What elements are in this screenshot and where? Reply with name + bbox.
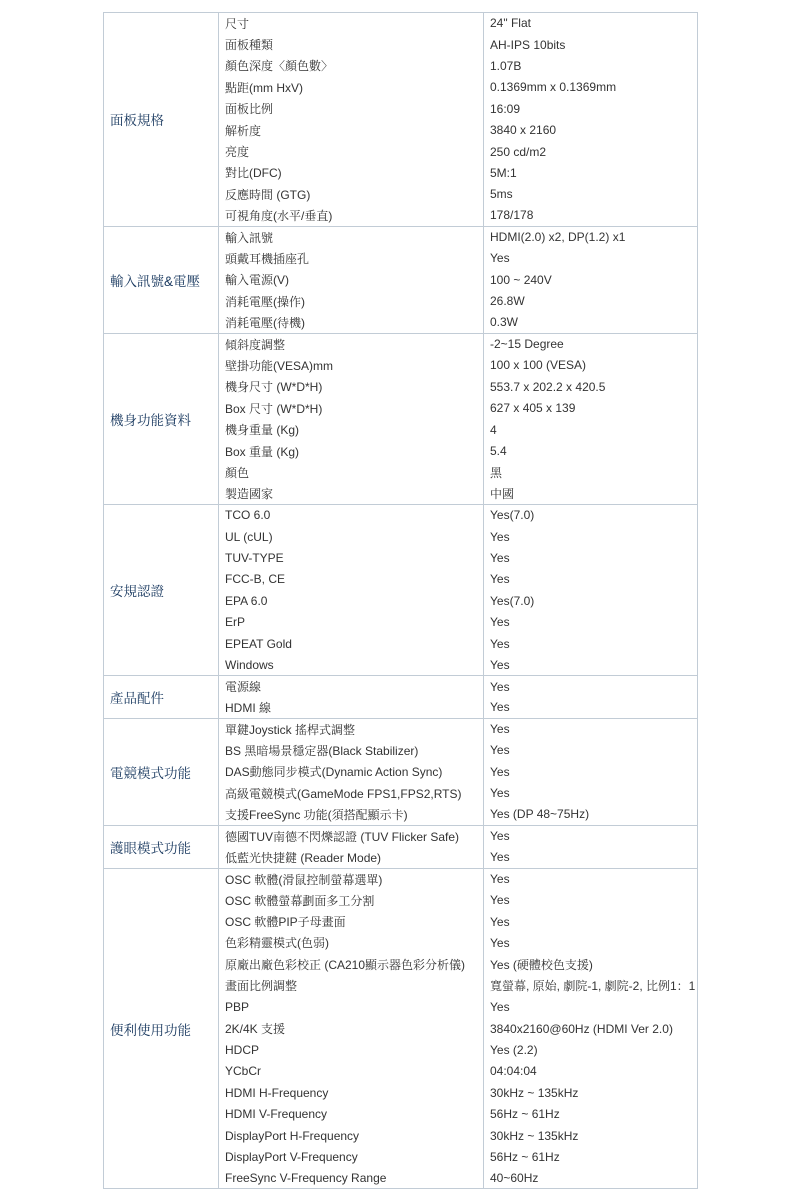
spec-value-cell: 0.1369mm x 0.1369mm (484, 77, 698, 98)
spec-label-cell: 德國TUV南德不閃爍認證 (TUV Flicker Safe) (219, 825, 484, 846)
spec-value-cell: Yes(7.0) (484, 504, 698, 525)
spec-value-cell: Yes (484, 611, 698, 632)
spec-label-cell: 電源線 (219, 676, 484, 697)
spec-label-cell: 輸入電源(V) (219, 269, 484, 290)
spec-value-cell: 100 ~ 240V (484, 269, 698, 290)
spec-label-cell: OSC 軟體螢幕劃面多工分割 (219, 890, 484, 911)
spec-value-cell: 553.7 x 202.2 x 420.5 (484, 376, 698, 397)
spec-label-cell: 對比(DFC) (219, 162, 484, 183)
spec-section: 機身功能資料傾斜度調整-2~15 Degree壁掛功能(VESA)mm100 x… (104, 333, 698, 504)
spec-label-cell: ErP (219, 611, 484, 632)
spec-value-cell: Yes (484, 996, 698, 1017)
spec-value-cell: Yes (484, 825, 698, 846)
spec-label-cell: TCO 6.0 (219, 504, 484, 525)
spec-section: 安規認證TCO 6.0Yes(7.0)UL (cUL)YesTUV-TYPEYe… (104, 504, 698, 675)
spec-label-cell: UL (cUL) (219, 526, 484, 547)
spec-value-cell: Yes (DP 48~75Hz) (484, 804, 698, 825)
spec-value-cell: 30kHz ~ 135kHz (484, 1082, 698, 1103)
spec-category-cell: 便利使用功能 (104, 868, 219, 1189)
spec-label-cell: 顏色深度〈顏色數〉 (219, 55, 484, 76)
spec-label-cell: Box 尺寸 (W*D*H) (219, 398, 484, 419)
spec-value-cell: Yes (484, 847, 698, 868)
spec-value-cell: 250 cd/m2 (484, 141, 698, 162)
spec-label-cell: 機身重量 (Kg) (219, 419, 484, 440)
spec-value-cell: Yes (484, 569, 698, 590)
spec-value-cell: 5ms (484, 184, 698, 205)
spec-label-cell: 色彩精靈模式(色弱) (219, 932, 484, 953)
spec-value-cell: HDMI(2.0) x2, DP(1.2) x1 (484, 226, 698, 247)
spec-value-cell: 24" Flat (484, 13, 698, 34)
spec-label-cell: 消耗電壓(操作) (219, 291, 484, 312)
spec-value-cell: 黑 (484, 462, 698, 483)
table-row: 面板規格尺寸24" Flat (104, 13, 698, 34)
spec-label-cell: EPEAT Gold (219, 633, 484, 654)
spec-label-cell: 製造國家 (219, 483, 484, 504)
spec-label-cell: 高級電競模式(GameMode FPS1,FPS2,RTS) (219, 783, 484, 804)
spec-section: 輸入訊號&電壓輸入訊號HDMI(2.0) x2, DP(1.2) x1頭戴耳機插… (104, 226, 698, 333)
spec-value-cell: Yes (484, 740, 698, 761)
spec-label-cell: 尺寸 (219, 13, 484, 34)
spec-value-cell: Yes (484, 761, 698, 782)
spec-category-cell: 輸入訊號&電壓 (104, 226, 219, 333)
spec-value-cell: Yes(7.0) (484, 590, 698, 611)
spec-label-cell: 低藍光快捷鍵 (Reader Mode) (219, 847, 484, 868)
spec-label-cell: 傾斜度調整 (219, 333, 484, 354)
spec-value-cell: 3840 x 2160 (484, 119, 698, 140)
spec-value-cell: Yes (484, 783, 698, 804)
spec-label-cell: 壁掛功能(VESA)mm (219, 355, 484, 376)
spec-label-cell: 機身尺寸 (W*D*H) (219, 376, 484, 397)
spec-value-cell: 4 (484, 419, 698, 440)
table-row: 安規認證TCO 6.0Yes(7.0) (104, 504, 698, 525)
spec-value-cell: Yes (484, 718, 698, 739)
table-row: 機身功能資料傾斜度調整-2~15 Degree (104, 333, 698, 354)
spec-section: 便利使用功能OSC 軟體(滑鼠控制螢幕選單)YesOSC 軟體螢幕劃面多工分割Y… (104, 868, 698, 1189)
spec-value-cell: Yes (484, 248, 698, 269)
spec-label-cell: 原廠出廠色彩校正 (CA210顯示器色彩分析儀) (219, 954, 484, 975)
spec-value-cell: Yes (484, 654, 698, 675)
spec-value-cell: Yes (484, 890, 698, 911)
spec-label-cell: 解析度 (219, 119, 484, 140)
spec-value-cell: Yes (484, 868, 698, 889)
spec-label-cell: OSC 軟體(滑鼠控制螢幕選單) (219, 868, 484, 889)
spec-value-cell: 178/178 (484, 205, 698, 226)
spec-label-cell: Windows (219, 654, 484, 675)
spec-section: 電競模式功能單鍵Joystick 搖桿式調整YesBS 黑暗場景穩定器(Blac… (104, 718, 698, 825)
spec-label-cell: 單鍵Joystick 搖桿式調整 (219, 718, 484, 739)
spec-category-cell: 產品配件 (104, 676, 219, 719)
spec-value-cell: Yes (硬體校色支援) (484, 954, 698, 975)
spec-value-cell: Yes (484, 526, 698, 547)
spec-value-cell: Yes (484, 697, 698, 718)
spec-label-cell: OSC 軟體PIP子母畫面 (219, 911, 484, 932)
spec-value-cell: 3840x2160@60Hz (HDMI Ver 2.0) (484, 1018, 698, 1039)
spec-value-cell: 30kHz ~ 135kHz (484, 1125, 698, 1146)
spec-value-cell: Yes (484, 932, 698, 953)
spec-value-cell: 627 x 405 x 139 (484, 398, 698, 419)
table-row: 便利使用功能OSC 軟體(滑鼠控制螢幕選單)Yes (104, 868, 698, 889)
spec-page: 面板規格尺寸24" Flat面板種類AH-IPS 10bits顏色深度〈顏色數〉… (0, 0, 800, 1200)
spec-section: 產品配件電源線YesHDMI 線Yes (104, 676, 698, 719)
spec-category-cell: 面板規格 (104, 13, 219, 227)
spec-label-cell: DisplayPort V-Frequency (219, 1146, 484, 1167)
spec-category-cell: 安規認證 (104, 504, 219, 675)
spec-section: 護眼模式功能德國TUV南德不閃爍認證 (TUV Flicker Safe)Yes… (104, 825, 698, 868)
spec-value-cell: 1.07B (484, 55, 698, 76)
spec-label-cell: HDMI H-Frequency (219, 1082, 484, 1103)
spec-value-cell: AH-IPS 10bits (484, 34, 698, 55)
spec-label-cell: DAS動態同步模式(Dynamic Action Sync) (219, 761, 484, 782)
spec-label-cell: 亮度 (219, 141, 484, 162)
spec-category-cell: 電競模式功能 (104, 718, 219, 825)
spec-value-cell: 寬螢幕, 原始, 劇院-1, 劇院-2, 比例1：1 (484, 975, 698, 996)
spec-label-cell: 反應時間 (GTG) (219, 184, 484, 205)
spec-value-cell: Yes (484, 633, 698, 654)
spec-label-cell: HDMI 線 (219, 697, 484, 718)
spec-label-cell: PBP (219, 996, 484, 1017)
spec-value-cell: 40~60Hz (484, 1168, 698, 1189)
spec-value-cell: Yes (484, 547, 698, 568)
spec-value-cell: 中國 (484, 483, 698, 504)
spec-value-cell: Yes (484, 676, 698, 697)
spec-label-cell: HDMI V-Frequency (219, 1103, 484, 1124)
spec-category-cell: 機身功能資料 (104, 333, 219, 504)
spec-table: 面板規格尺寸24" Flat面板種類AH-IPS 10bits顏色深度〈顏色數〉… (103, 12, 698, 1189)
spec-value-cell: 100 x 100 (VESA) (484, 355, 698, 376)
spec-label-cell: DisplayPort H-Frequency (219, 1125, 484, 1146)
spec-value-cell: -2~15 Degree (484, 333, 698, 354)
spec-label-cell: 面板比例 (219, 98, 484, 119)
spec-value-cell: 5.4 (484, 440, 698, 461)
spec-label-cell: FCC-B, CE (219, 569, 484, 590)
table-row: 輸入訊號&電壓輸入訊號HDMI(2.0) x2, DP(1.2) x1 (104, 226, 698, 247)
spec-value-cell: Yes (484, 911, 698, 932)
spec-label-cell: 支援FreeSync 功能(須搭配顯示卡) (219, 804, 484, 825)
spec-label-cell: 面板種類 (219, 34, 484, 55)
spec-label-cell: FreeSync V-Frequency Range (219, 1168, 484, 1189)
table-row: 產品配件電源線Yes (104, 676, 698, 697)
spec-section: 面板規格尺寸24" Flat面板種類AH-IPS 10bits顏色深度〈顏色數〉… (104, 13, 698, 227)
spec-label-cell: BS 黑暗場景穩定器(Black Stabilizer) (219, 740, 484, 761)
spec-value-cell: 0.3W (484, 312, 698, 333)
spec-label-cell: 消耗電壓(待機) (219, 312, 484, 333)
spec-label-cell: Box 重量 (Kg) (219, 440, 484, 461)
spec-label-cell: 頭戴耳機插座孔 (219, 248, 484, 269)
spec-value-cell: 5M:1 (484, 162, 698, 183)
spec-label-cell: 顏色 (219, 462, 484, 483)
spec-value-cell: 26.8W (484, 291, 698, 312)
spec-value-cell: Yes (2.2) (484, 1039, 698, 1060)
spec-value-cell: 16:09 (484, 98, 698, 119)
spec-label-cell: YCbCr (219, 1061, 484, 1082)
table-row: 護眼模式功能德國TUV南德不閃爍認證 (TUV Flicker Safe)Yes (104, 825, 698, 846)
spec-label-cell: TUV-TYPE (219, 547, 484, 568)
spec-value-cell: 56Hz ~ 61Hz (484, 1103, 698, 1124)
spec-label-cell: EPA 6.0 (219, 590, 484, 611)
spec-label-cell: 輸入訊號 (219, 226, 484, 247)
spec-label-cell: 2K/4K 支援 (219, 1018, 484, 1039)
spec-label-cell: 畫面比例調整 (219, 975, 484, 996)
table-row: 電競模式功能單鍵Joystick 搖桿式調整Yes (104, 718, 698, 739)
spec-value-cell: 56Hz ~ 61Hz (484, 1146, 698, 1167)
spec-value-cell: 04:04:04 (484, 1061, 698, 1082)
spec-label-cell: 點距(mm HxV) (219, 77, 484, 98)
spec-label-cell: HDCP (219, 1039, 484, 1060)
spec-category-cell: 護眼模式功能 (104, 825, 219, 868)
spec-label-cell: 可視角度(水平/垂直) (219, 205, 484, 226)
